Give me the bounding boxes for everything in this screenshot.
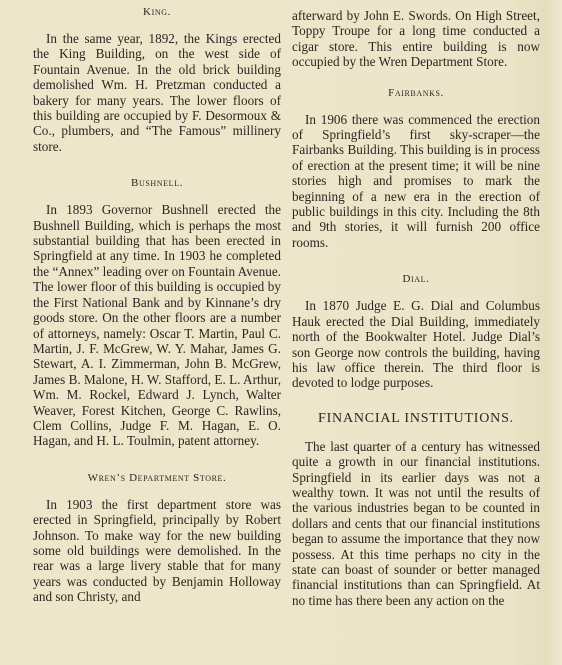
book-page: King. In the same year, 1892, the Kings … (0, 0, 562, 665)
section-heading-financial-institutions: FINANCIAL INSTITUTIONS. (292, 411, 540, 427)
section-heading-wrens-department-store: Wren’s Department Store. (33, 472, 281, 484)
left-column: King. In the same year, 1892, the Kings … (33, 0, 281, 605)
paragraph-financial-institutions: The last quarter of a century has witnes… (292, 439, 540, 608)
right-column: afterward by John E. Swords. On High Str… (292, 0, 540, 608)
paragraph-king: In the same year, 1892, the Kings erecte… (33, 31, 281, 154)
paragraph-bushnell: In 1893 Governor Bushnell erected the Bu… (33, 202, 281, 449)
paragraph-wrens-continued: afterward by John E. Swords. On High Str… (292, 8, 540, 70)
paragraph-fairbanks: In 1906 there was commenced the erection… (292, 112, 540, 251)
section-heading-king: King. (33, 6, 281, 18)
section-heading-fairbanks: Fairbanks. (292, 87, 540, 99)
paragraph-wrens-department-store: In 1903 the first department store was e… (33, 497, 281, 605)
section-heading-bushnell: Bushnell. (33, 177, 281, 189)
paragraph-dial: In 1870 Judge E. G. Dial and Columbus Ha… (292, 298, 540, 390)
section-heading-dial: Dial. (292, 273, 540, 285)
